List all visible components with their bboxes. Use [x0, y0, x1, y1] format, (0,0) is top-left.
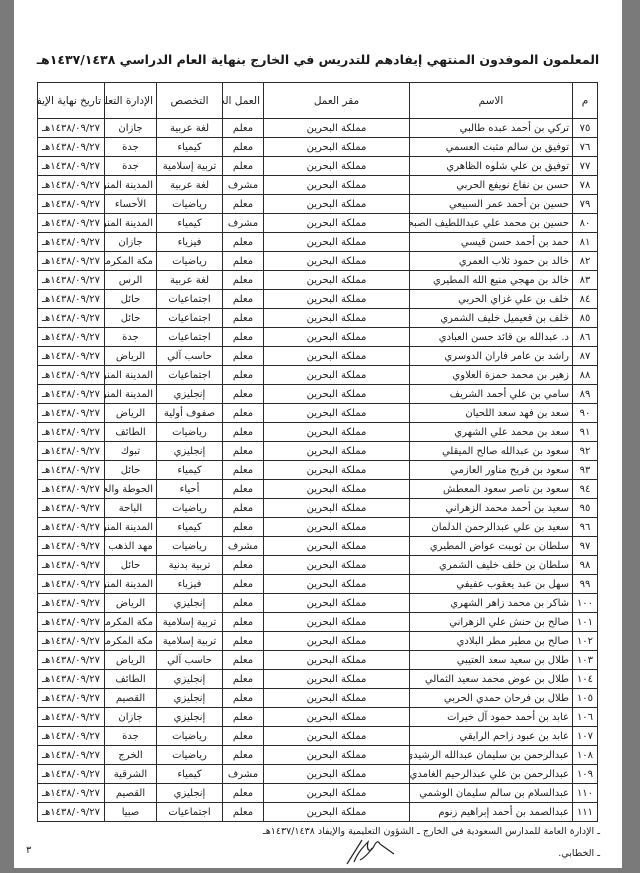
row-number-cell: ١٠٩	[573, 765, 598, 784]
row-number-cell: ١٠٧	[573, 727, 598, 746]
table-row: ١١٠عبدالسلام بن سالم سليمان الوشميمملكة …	[38, 784, 598, 803]
specialty-cell: رياضيات	[157, 499, 223, 518]
row-number-cell: ١٠٥	[573, 689, 598, 708]
row-number-cell: ٨٢	[573, 252, 598, 271]
footer-signatory: ـ الخطابي.	[558, 848, 600, 859]
current-work-cell: معلم	[223, 461, 264, 480]
end-date-cell: ١٤٣٨/٠٩/٢٧هـ	[38, 537, 105, 556]
end-date-cell: ١٤٣٨/٠٩/٢٧هـ	[38, 347, 105, 366]
end-date-cell: ١٤٣٨/٠٩/٢٧هـ	[38, 480, 105, 499]
table-row: ١١١عبدالصمد بن أحمد إبراهيم زنوممملكة ال…	[38, 803, 598, 822]
education-admin-cell: مكة المكرمة	[105, 252, 157, 271]
specialty-cell: رياضيات	[157, 537, 223, 556]
workplace-cell: مملكة البحرين	[264, 480, 410, 499]
workplace-cell: مملكة البحرين	[264, 632, 410, 651]
row-number-cell: ٩٩	[573, 575, 598, 594]
current-work-cell: معلم	[223, 119, 264, 138]
header-workplace: مقر العمل	[264, 83, 410, 119]
teacher-name-cell: سهل بن عبد يعقوب عفيفي	[410, 575, 573, 594]
teacher-name-cell: سعود بن فريح مناور العازمي	[410, 461, 573, 480]
table-row: ٨٤خلف بن علي غزاي الحربيمملكة البحرينمعل…	[38, 290, 598, 309]
row-number-cell: ١٠٤	[573, 670, 598, 689]
education-admin-cell: الأحساء	[105, 195, 157, 214]
end-date-cell: ١٤٣٨/٠٩/٢٧هـ	[38, 404, 105, 423]
end-date-cell: ١٤٣٨/٠٩/٢٧هـ	[38, 632, 105, 651]
row-number-cell: ١٠٠	[573, 594, 598, 613]
current-work-cell: معلم	[223, 290, 264, 309]
specialty-cell: اجتماعيات	[157, 290, 223, 309]
specialty-cell: لغة عربية	[157, 271, 223, 290]
row-number-cell: ٩٤	[573, 480, 598, 499]
end-date-cell: ١٤٣٨/٠٩/٢٧هـ	[38, 765, 105, 784]
end-date-cell: ١٤٣٨/٠٩/٢٧هـ	[38, 499, 105, 518]
table-row: ٩٥سعيد بن أحمد محمد الزهرانيمملكة البحري…	[38, 499, 598, 518]
end-date-cell: ١٤٣٨/٠٩/٢٧هـ	[38, 366, 105, 385]
table-row: ٨٨زهير بن محمد حمزة العلاويمملكة البحرين…	[38, 366, 598, 385]
teacher-name-cell: سعيد بن علي عبدالرحمن الدلمان	[410, 518, 573, 537]
specialty-cell: لغة عربية	[157, 176, 223, 195]
end-date-cell: ١٤٣٨/٠٩/٢٧هـ	[38, 176, 105, 195]
table-row: ٩٦سعيد بن علي عبدالرحمن الدلمانمملكة الب…	[38, 518, 598, 537]
row-number-cell: ٩٧	[573, 537, 598, 556]
table-row: ٨١حمد بن أحمد حسن قيسيمملكة البحرينمعلمف…	[38, 233, 598, 252]
row-number-cell: ١٠٦	[573, 708, 598, 727]
workplace-cell: مملكة البحرين	[264, 309, 410, 328]
education-admin-cell: جازان	[105, 708, 157, 727]
education-admin-cell: المدينة المنورة	[105, 214, 157, 233]
table-header-row: م الاسم مقر العمل العمل الحالي التخصص ال…	[38, 83, 598, 119]
end-date-cell: ١٤٣٨/٠٩/٢٧هـ	[38, 271, 105, 290]
specialty-cell: اجتماعيات	[157, 309, 223, 328]
document-page: المعلمون الموفدون المنتهي إيفادهم للتدري…	[14, 0, 622, 868]
end-date-cell: ١٤٣٨/٠٩/٢٧هـ	[38, 195, 105, 214]
table-row: ٩١سعد بن محمد علي الشهريمملكة البحرينمعل…	[38, 423, 598, 442]
workplace-cell: مملكة البحرين	[264, 442, 410, 461]
document-title: المعلمون الموفدون المنتهي إيفادهم للتدري…	[14, 52, 622, 67]
education-admin-cell: المدينة المنورة	[105, 385, 157, 404]
current-work-cell: معلم	[223, 195, 264, 214]
table-row: ٩٧سلطان بن ثويبت عواض المطيريمملكة البحر…	[38, 537, 598, 556]
education-admin-cell: حائل	[105, 290, 157, 309]
teacher-name-cell: سعيد بن أحمد محمد الزهراني	[410, 499, 573, 518]
education-admin-cell: جدة	[105, 138, 157, 157]
page-number: ٣	[26, 845, 31, 856]
specialty-cell: كيمياء	[157, 461, 223, 480]
teacher-name-cell: زهير بن محمد حمزة العلاوي	[410, 366, 573, 385]
row-number-cell: ٩٠	[573, 404, 598, 423]
specialty-cell: حاسب آلي	[157, 651, 223, 670]
workplace-cell: مملكة البحرين	[264, 518, 410, 537]
specialty-cell: إنجليزي	[157, 385, 223, 404]
workplace-cell: مملكة البحرين	[264, 214, 410, 233]
teacher-name-cell: شاكر بن محمد زاهر الشهري	[410, 594, 573, 613]
education-admin-cell: مكة المكرمة	[105, 613, 157, 632]
teacher-name-cell: عبدالرحمن بن علي عبدالرحيم الغامدي	[410, 765, 573, 784]
education-admin-cell: جدة	[105, 328, 157, 347]
education-admin-cell: المدينة المنورة	[105, 518, 157, 537]
education-admin-cell: الرياض	[105, 404, 157, 423]
teacher-name-cell: عبدالرحمن بن سليمان عبدالله الرشيدي	[410, 746, 573, 765]
current-work-cell: مشرف	[223, 176, 264, 195]
workplace-cell: مملكة البحرين	[264, 803, 410, 822]
table-row: ١٠٣طلال بن سعيد سعد العتيبيمملكة البحرين…	[38, 651, 598, 670]
teacher-name-cell: حسين بن أحمد عمر السبيعي	[410, 195, 573, 214]
workplace-cell: مملكة البحرين	[264, 366, 410, 385]
workplace-cell: مملكة البحرين	[264, 138, 410, 157]
workplace-cell: مملكة البحرين	[264, 385, 410, 404]
row-number-cell: ٧٧	[573, 157, 598, 176]
education-admin-cell: جدة	[105, 157, 157, 176]
row-number-cell: ١٠٨	[573, 746, 598, 765]
specialty-cell: رياضيات	[157, 746, 223, 765]
teacher-name-cell: عبدالصمد بن أحمد إبراهيم زنوم	[410, 803, 573, 822]
education-admin-cell: الباحة	[105, 499, 157, 518]
row-number-cell: ١١١	[573, 803, 598, 822]
education-admin-cell: المدينة المنورة	[105, 176, 157, 195]
teacher-name-cell: عابد بن عبود زاحم الرايقي	[410, 727, 573, 746]
row-number-cell: ٨٨	[573, 366, 598, 385]
specialty-cell: فيزياء	[157, 575, 223, 594]
row-number-cell: ٩٥	[573, 499, 598, 518]
current-work-cell: معلم	[223, 556, 264, 575]
table-row: ٧٩حسين بن أحمد عمر السبيعيمملكة البحرينم…	[38, 195, 598, 214]
education-admin-cell: جازان	[105, 119, 157, 138]
table-row: ٩٣سعود بن فريح مناور العازميمملكة البحري…	[38, 461, 598, 480]
specialty-cell: تربية إسلامية	[157, 632, 223, 651]
teacher-name-cell: عابد بن أحمد حمود آل خيرات	[410, 708, 573, 727]
current-work-cell: معلم	[223, 271, 264, 290]
teachers-table: م الاسم مقر العمل العمل الحالي التخصص ال…	[37, 82, 598, 822]
teacher-name-cell: توفيق بن علي شلوه الظاهري	[410, 157, 573, 176]
education-admin-cell: القصيم	[105, 689, 157, 708]
workplace-cell: مملكة البحرين	[264, 176, 410, 195]
specialty-cell: كيمياء	[157, 214, 223, 233]
current-work-cell: معلم	[223, 651, 264, 670]
teacher-name-cell: توفيق بن سالم مثبت العسمي	[410, 138, 573, 157]
workplace-cell: مملكة البحرين	[264, 195, 410, 214]
specialty-cell: اجتماعيات	[157, 803, 223, 822]
end-date-cell: ١٤٣٨/٠٩/٢٧هـ	[38, 689, 105, 708]
workplace-cell: مملكة البحرين	[264, 765, 410, 784]
workplace-cell: مملكة البحرين	[264, 784, 410, 803]
end-date-cell: ١٤٣٨/٠٩/٢٧هـ	[38, 461, 105, 480]
workplace-cell: مملكة البحرين	[264, 271, 410, 290]
current-work-cell: مشرف	[223, 765, 264, 784]
teacher-name-cell: سعد بن محمد علي الشهري	[410, 423, 573, 442]
specialty-cell: إنجليزي	[157, 689, 223, 708]
specialty-cell: لغة عربية	[157, 119, 223, 138]
current-work-cell: مشرف	[223, 537, 264, 556]
table-row: ١٠١صالح بن حنش علي الزهرانيمملكة البحرين…	[38, 613, 598, 632]
specialty-cell: كيمياء	[157, 138, 223, 157]
current-work-cell: معلم	[223, 404, 264, 423]
specialty-cell: إنجليزي	[157, 594, 223, 613]
current-work-cell: معلم	[223, 803, 264, 822]
current-work-cell: معلم	[223, 442, 264, 461]
workplace-cell: مملكة البحرين	[264, 499, 410, 518]
workplace-cell: مملكة البحرين	[264, 290, 410, 309]
teacher-name-cell: تركي بن أحمد عبده طالبي	[410, 119, 573, 138]
end-date-cell: ١٤٣٨/٠٩/٢٧هـ	[38, 651, 105, 670]
teacher-name-cell: صالح بن مطير مطر البلادي	[410, 632, 573, 651]
table-row: ٨٠حسين بن محمد علي عبداللطيف الصبحيمملكة…	[38, 214, 598, 233]
workplace-cell: مملكة البحرين	[264, 575, 410, 594]
specialty-cell: حاسب آلي	[157, 347, 223, 366]
education-admin-cell: مكة المكرمة	[105, 632, 157, 651]
teacher-name-cell: خالد بن حمود ثلاب العمري	[410, 252, 573, 271]
row-number-cell: ٨١	[573, 233, 598, 252]
specialty-cell: رياضيات	[157, 423, 223, 442]
education-admin-cell: المدينة المنورة	[105, 366, 157, 385]
end-date-cell: ١٤٣٨/٠٩/٢٧هـ	[38, 157, 105, 176]
table-row: ١٠٧عابد بن عبود زاحم الرايقيمملكة البحري…	[38, 727, 598, 746]
specialty-cell: كيمياء	[157, 765, 223, 784]
current-work-cell: معلم	[223, 670, 264, 689]
row-number-cell: ٨٣	[573, 271, 598, 290]
current-work-cell: مشرف	[223, 214, 264, 233]
row-number-cell: ٩٢	[573, 442, 598, 461]
workplace-cell: مملكة البحرين	[264, 556, 410, 575]
specialty-cell: كيمياء	[157, 518, 223, 537]
education-admin-cell: الطائف	[105, 670, 157, 689]
specialty-cell: تربية بدنية	[157, 556, 223, 575]
end-date-cell: ١٤٣٨/٠٩/٢٧هـ	[38, 385, 105, 404]
workplace-cell: مملكة البحرين	[264, 328, 410, 347]
table-row: ٩٤سعود بن ناصر سعود المعطشمملكة البحرينم…	[38, 480, 598, 499]
current-work-cell: معلم	[223, 309, 264, 328]
workplace-cell: مملكة البحرين	[264, 404, 410, 423]
education-admin-cell: صبيا	[105, 803, 157, 822]
workplace-cell: مملكة البحرين	[264, 252, 410, 271]
row-number-cell: ٨٩	[573, 385, 598, 404]
header-specialty: التخصص	[157, 83, 223, 119]
end-date-cell: ١٤٣٨/٠٩/٢٧هـ	[38, 119, 105, 138]
table-row: ٨٦د. عبدالله بن قائد حسن العباديمملكة ال…	[38, 328, 598, 347]
education-admin-cell: حائل	[105, 556, 157, 575]
specialty-cell: رياضيات	[157, 727, 223, 746]
specialty-cell: رياضيات	[157, 252, 223, 271]
end-date-cell: ١٤٣٨/٠٩/٢٧هـ	[38, 423, 105, 442]
education-admin-cell: الرياض	[105, 651, 157, 670]
education-admin-cell: الرس	[105, 271, 157, 290]
row-number-cell: ٧٥	[573, 119, 598, 138]
education-admin-cell: الشرقية	[105, 765, 157, 784]
row-number-cell: ٨٤	[573, 290, 598, 309]
specialty-cell: صفوف أولية	[157, 404, 223, 423]
table-row: ١٠٠شاكر بن محمد زاهر الشهريمملكة البحرين…	[38, 594, 598, 613]
workplace-cell: مملكة البحرين	[264, 651, 410, 670]
current-work-cell: معلم	[223, 252, 264, 271]
table-row: ٧٧توفيق بن علي شلوه الظاهريمملكة البحرين…	[38, 157, 598, 176]
table-row: ٨٩سامي بن علي أحمد الشريفمملكة البحرينمع…	[38, 385, 598, 404]
end-date-cell: ١٤٣٨/٠٩/٢٧هـ	[38, 214, 105, 233]
end-date-cell: ١٤٣٨/٠٩/٢٧هـ	[38, 442, 105, 461]
header-num: م	[573, 83, 598, 119]
current-work-cell: معلم	[223, 746, 264, 765]
teacher-name-cell: سعود بن عبدالله صالح الميقلي	[410, 442, 573, 461]
current-work-cell: معلم	[223, 518, 264, 537]
current-work-cell: معلم	[223, 632, 264, 651]
teacher-name-cell: خلف بن قعيميل خليف الشمري	[410, 309, 573, 328]
teacher-name-cell: حمد بن أحمد حسن قيسي	[410, 233, 573, 252]
current-work-cell: معلم	[223, 575, 264, 594]
end-date-cell: ١٤٣٨/٠٩/٢٧هـ	[38, 233, 105, 252]
table-row: ٨٣خالد بن مهجي منيع الله المطيريمملكة ال…	[38, 271, 598, 290]
current-work-cell: معلم	[223, 480, 264, 499]
workplace-cell: مملكة البحرين	[264, 537, 410, 556]
education-admin-cell: حائل	[105, 461, 157, 480]
teacher-name-cell: خلف بن علي غزاي الحربي	[410, 290, 573, 309]
header-name: الاسم	[410, 83, 573, 119]
table-row: ٩٨سلطان بن خلف خليف الشمريمملكة البحرينم…	[38, 556, 598, 575]
header-admin: الإدارة التعليمية	[105, 83, 157, 119]
row-number-cell: ١٠٢	[573, 632, 598, 651]
current-work-cell: معلم	[223, 138, 264, 157]
end-date-cell: ١٤٣٨/٠٩/٢٧هـ	[38, 784, 105, 803]
current-work-cell: معلم	[223, 366, 264, 385]
education-admin-cell: الرياض	[105, 594, 157, 613]
teacher-name-cell: طلال بن فرحان حمدي الحربي	[410, 689, 573, 708]
teacher-name-cell: خالد بن مهجي منيع الله المطيري	[410, 271, 573, 290]
end-date-cell: ١٤٣٨/٠٩/٢٧هـ	[38, 328, 105, 347]
header-end-date: تاريخ نهاية الإيفاد	[38, 83, 105, 119]
workplace-cell: مملكة البحرين	[264, 689, 410, 708]
end-date-cell: ١٤٣٨/٠٩/٢٧هـ	[38, 594, 105, 613]
teacher-name-cell: سعود بن ناصر سعود المعطش	[410, 480, 573, 499]
end-date-cell: ١٤٣٨/٠٩/٢٧هـ	[38, 708, 105, 727]
teacher-name-cell: صالح بن حنش علي الزهراني	[410, 613, 573, 632]
header-current-work: العمل الحالي	[223, 83, 264, 119]
specialty-cell: إنجليزي	[157, 784, 223, 803]
current-work-cell: معلم	[223, 157, 264, 176]
row-number-cell: ٨٥	[573, 309, 598, 328]
end-date-cell: ١٤٣٨/٠٩/٢٧هـ	[38, 290, 105, 309]
education-admin-cell: الطائف	[105, 423, 157, 442]
row-number-cell: ٩٦	[573, 518, 598, 537]
education-admin-cell: تبوك	[105, 442, 157, 461]
row-number-cell: ٩٨	[573, 556, 598, 575]
current-work-cell: معلم	[223, 233, 264, 252]
education-admin-cell: الحوطة والحريق	[105, 480, 157, 499]
current-work-cell: معلم	[223, 594, 264, 613]
workplace-cell: مملكة البحرين	[264, 347, 410, 366]
table-row: ١٠٨عبدالرحمن بن سليمان عبدالله الرشيديمم…	[38, 746, 598, 765]
teacher-name-cell: سلطان بن ثويبت عواض المطيري	[410, 537, 573, 556]
current-work-cell: معلم	[223, 689, 264, 708]
end-date-cell: ١٤٣٨/٠٩/٢٧هـ	[38, 727, 105, 746]
row-number-cell: ١٠١	[573, 613, 598, 632]
workplace-cell: مملكة البحرين	[264, 746, 410, 765]
specialty-cell: اجتماعيات	[157, 366, 223, 385]
row-number-cell: ٧٨	[573, 176, 598, 195]
table-row: ٧٦توفيق بن سالم مثبت العسميمملكة البحرين…	[38, 138, 598, 157]
end-date-cell: ١٤٣٨/٠٩/٢٧هـ	[38, 613, 105, 632]
education-admin-cell: جازان	[105, 233, 157, 252]
workplace-cell: مملكة البحرين	[264, 727, 410, 746]
teacher-name-cell: حسن بن نفاع نويفع الحربي	[410, 176, 573, 195]
current-work-cell: معلم	[223, 613, 264, 632]
table-row: ٩٩سهل بن عبد يعقوب عفيفيمملكة البحرينمعل…	[38, 575, 598, 594]
teacher-name-cell: سامي بن علي أحمد الشريف	[410, 385, 573, 404]
workplace-cell: مملكة البحرين	[264, 613, 410, 632]
specialty-cell: رياضيات	[157, 195, 223, 214]
teacher-name-cell: حسين بن محمد علي عبداللطيف الصبحي	[410, 214, 573, 233]
workplace-cell: مملكة البحرين	[264, 423, 410, 442]
teacher-name-cell: طلال بن عوض محمد سعيد الثمالي	[410, 670, 573, 689]
table-row: ٨٢خالد بن حمود ثلاب العمريمملكة البحرينم…	[38, 252, 598, 271]
teacher-name-cell: عبدالسلام بن سالم سليمان الوشمي	[410, 784, 573, 803]
table-row: ١٠٦عابد بن أحمد حمود آل خيراتمملكة البحر…	[38, 708, 598, 727]
end-date-cell: ١٤٣٨/٠٩/٢٧هـ	[38, 556, 105, 575]
education-admin-cell: جدة	[105, 727, 157, 746]
end-date-cell: ١٤٣٨/٠٩/٢٧هـ	[38, 803, 105, 822]
table-body: ٧٥تركي بن أحمد عبده طالبيمملكة البحرينمع…	[38, 119, 598, 822]
row-number-cell: ٧٦	[573, 138, 598, 157]
current-work-cell: معلم	[223, 328, 264, 347]
workplace-cell: مملكة البحرين	[264, 119, 410, 138]
current-work-cell: معلم	[223, 423, 264, 442]
teacher-name-cell: راشد بن عامر فاران الدوسري	[410, 347, 573, 366]
end-date-cell: ١٤٣٨/٠٩/٢٧هـ	[38, 518, 105, 537]
table-row: ١٠٩عبدالرحمن بن علي عبدالرحيم الغامديممل…	[38, 765, 598, 784]
table-row: ٧٨حسن بن نفاع نويفع الحربيمملكة البحرينم…	[38, 176, 598, 195]
row-number-cell: ٨٦	[573, 328, 598, 347]
education-admin-cell: الخرج	[105, 746, 157, 765]
table-row: ١٠٥طلال بن فرحان حمدي الحربيمملكة البحري…	[38, 689, 598, 708]
end-date-cell: ١٤٣٨/٠٩/٢٧هـ	[38, 670, 105, 689]
workplace-cell: مملكة البحرين	[264, 670, 410, 689]
specialty-cell: اجتماعيات	[157, 328, 223, 347]
education-admin-cell: مهد الذهب	[105, 537, 157, 556]
end-date-cell: ١٤٣٨/٠٩/٢٧هـ	[38, 746, 105, 765]
row-number-cell: ٩٣	[573, 461, 598, 480]
current-work-cell: معلم	[223, 708, 264, 727]
teacher-name-cell: د. عبدالله بن قائد حسن العبادي	[410, 328, 573, 347]
row-number-cell: ٩١	[573, 423, 598, 442]
table-row: ٧٥تركي بن أحمد عبده طالبيمملكة البحرينمع…	[38, 119, 598, 138]
table-row: ٩٢سعود بن عبدالله صالح الميقليمملكة البح…	[38, 442, 598, 461]
table-row: ٨٧راشد بن عامر فاران الدوسريمملكة البحري…	[38, 347, 598, 366]
current-work-cell: معلم	[223, 385, 264, 404]
workplace-cell: مملكة البحرين	[264, 233, 410, 252]
row-number-cell: ١٠٣	[573, 651, 598, 670]
row-number-cell: ٧٩	[573, 195, 598, 214]
specialty-cell: تربية إسلامية	[157, 613, 223, 632]
specialty-cell: إنجليزي	[157, 708, 223, 727]
end-date-cell: ١٤٣٨/٠٩/٢٧هـ	[38, 309, 105, 328]
teacher-name-cell: سلطان بن خلف خليف الشمري	[410, 556, 573, 575]
signature-icon	[344, 832, 399, 866]
workplace-cell: مملكة البحرين	[264, 594, 410, 613]
current-work-cell: معلم	[223, 499, 264, 518]
education-admin-cell: المدينة المنورة	[105, 575, 157, 594]
specialty-cell: تربية إسلامية	[157, 157, 223, 176]
workplace-cell: مملكة البحرين	[264, 461, 410, 480]
workplace-cell: مملكة البحرين	[264, 157, 410, 176]
education-admin-cell: القصيم	[105, 784, 157, 803]
row-number-cell: ٨٠	[573, 214, 598, 233]
education-admin-cell: الرياض	[105, 347, 157, 366]
row-number-cell: ٨٧	[573, 347, 598, 366]
current-work-cell: معلم	[223, 727, 264, 746]
teacher-name-cell: سعد بن فهد سعد اللحيان	[410, 404, 573, 423]
table-row: ١٠٢صالح بن مطير مطر البلاديمملكة البحرين…	[38, 632, 598, 651]
specialty-cell: إنجليزي	[157, 670, 223, 689]
end-date-cell: ١٤٣٨/٠٩/٢٧هـ	[38, 575, 105, 594]
row-number-cell: ١١٠	[573, 784, 598, 803]
specialty-cell: فيزياء	[157, 233, 223, 252]
end-date-cell: ١٤٣٨/٠٩/٢٧هـ	[38, 252, 105, 271]
